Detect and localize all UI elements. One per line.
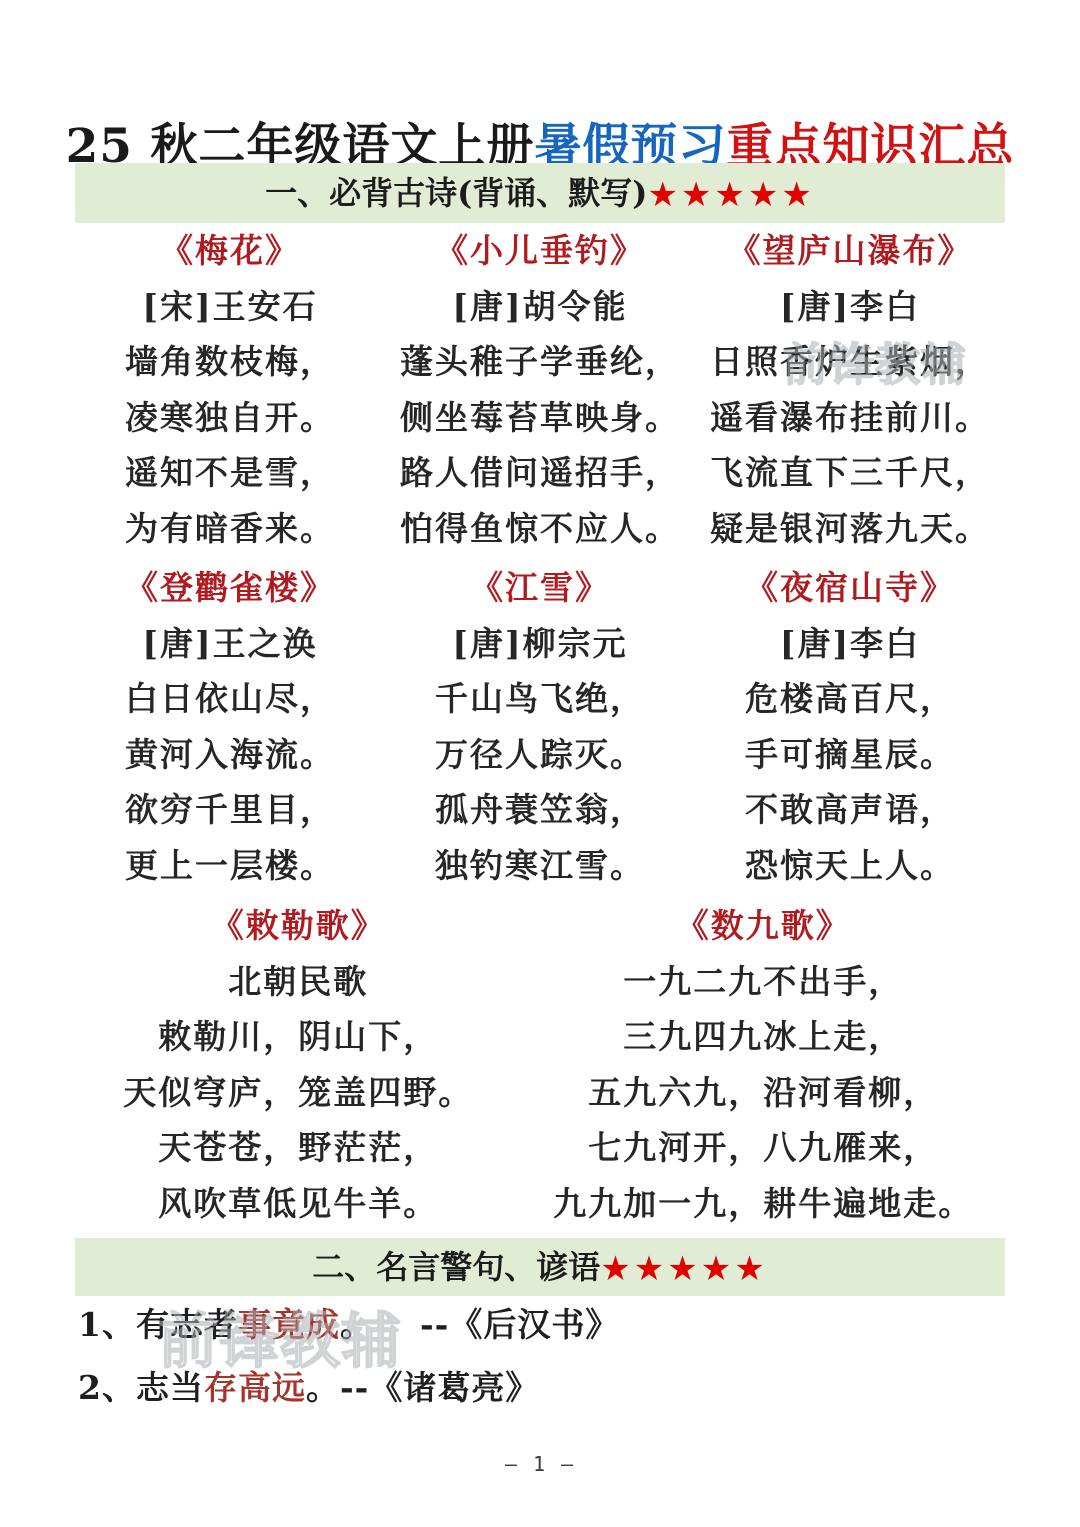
poem-line: 侧坐莓苔草映身。 (385, 390, 695, 446)
saying-number: 1、 (78, 1305, 136, 1344)
saying-text-black: 。 (306, 1368, 340, 1407)
poem-grid-row2: 《登鹳雀楼》 [唐]王之涣 白日依山尽， 黄河入海流。 欲穷千里目， 更上一层楼… (75, 560, 1005, 893)
poem-title: 《江雪》 (385, 560, 695, 616)
poem-author: [唐]李白 (695, 616, 1005, 672)
poem-author: [宋]王安石 (75, 279, 385, 335)
poem-author: [唐]胡令能 (385, 279, 695, 335)
poem-line: 万径人踪灭。 (385, 727, 695, 783)
saying-number: 2、 (78, 1368, 136, 1407)
poem-author: [唐]王之涣 (75, 616, 385, 672)
poem-line: 敕勒川，阴山下， (75, 1009, 521, 1065)
saying-item-2: 2、志当存高远。--《诸葛亮》 (78, 1360, 539, 1416)
poem-line: 欲穷千里目， (75, 782, 385, 838)
poem-line: 疑是银河落九天。 (695, 501, 1005, 557)
saying-source: --《后汉书》 (420, 1305, 619, 1344)
poem-line: 墙角数枝梅， (75, 334, 385, 390)
saying-item-1: 1、有志者事竟成。--《后汉书》 (78, 1297, 619, 1353)
poem-dengguanquelou: 《登鹳雀楼》 [唐]王之涣 白日依山尽， 黄河入海流。 欲穷千里目， 更上一层楼… (75, 560, 385, 893)
section2-heading-banner: 二、名言警句、谚语★★★★★ (75, 1238, 1005, 1296)
poem-line: 一九二九不出手， (521, 954, 1005, 1010)
saying-text-black: 志当 (136, 1368, 204, 1407)
poem-line: 遥知不是雪， (75, 445, 385, 501)
poem-line: 黄河入海流。 (75, 727, 385, 783)
saying-text-black: 。 (340, 1305, 374, 1344)
poem-line: 危楼高百尺， (695, 671, 1005, 727)
poem-line: 遥看瀑布挂前川。 (695, 390, 1005, 446)
poem-line: 三九四九冰上走， (521, 1009, 1005, 1065)
poem-line: 不敢高声语， (695, 782, 1005, 838)
page-number: — 1 — (0, 1452, 1080, 1480)
poem-line: 路人借问遥招手， (385, 445, 695, 501)
poem-author: [唐]柳宗元 (385, 616, 695, 672)
poem-title: 《敕勒歌》 (75, 898, 521, 954)
saying-source: --《诸葛亮》 (340, 1368, 539, 1407)
poem-line: 日照香炉生紫烟， (695, 334, 1005, 390)
poem-line: 怕得鱼惊不应人。 (385, 501, 695, 557)
poem-line: 为有暗香来。 (75, 501, 385, 557)
saying-text-red: 存高远 (204, 1368, 306, 1407)
poem-line: 千山鸟飞绝， (385, 671, 695, 727)
poem-line: 凌寒独自开。 (75, 390, 385, 446)
poem-line: 独钓寒江雪。 (385, 838, 695, 894)
poem-title: 《小儿垂钓》 (385, 223, 695, 279)
poem-author: 北朝民歌 (75, 954, 521, 1010)
poem-title: 《数九歌》 (521, 898, 1005, 954)
poem-wanglushanpubu: 《望庐山瀑布》 [唐]李白 日照香炉生紫烟， 遥看瀑布挂前川。 飞流直下三千尺，… (695, 223, 1005, 556)
poem-author: [唐]李白 (695, 279, 1005, 335)
poem-line: 天似穹庐，笼盖四野。 (75, 1065, 521, 1121)
poem-line: 孤舟蓑笠翁， (385, 782, 695, 838)
poem-line: 天苍苍，野茫茫， (75, 1120, 521, 1176)
saying-text-red: 事竟成 (238, 1305, 340, 1344)
poem-line: 风吹草低见牛羊。 (75, 1176, 521, 1232)
poem-yesushansi: 《夜宿山寺》 [唐]李白 危楼高百尺， 手可摘星辰。 不敢高声语， 恐惊天上人。 (695, 560, 1005, 893)
poem-grid-row3: 《敕勒歌》 北朝民歌 敕勒川，阴山下， 天似穹庐，笼盖四野。 天苍苍，野茫茫， … (75, 898, 1005, 1231)
poem-line: 恐惊天上人。 (695, 838, 1005, 894)
poem-line: 飞流直下三千尺， (695, 445, 1005, 501)
poem-line: 五九六九，沿河看柳， (521, 1065, 1005, 1121)
poem-line: 九九加一九，耕牛遍地走。 (521, 1176, 1005, 1232)
poem-chilege: 《敕勒歌》 北朝民歌 敕勒川，阴山下， 天似穹庐，笼盖四野。 天苍苍，野茫茫， … (75, 898, 521, 1231)
section1-heading: 一、必背古诗(背诵、默写) (265, 174, 647, 212)
poem-jiangxue: 《江雪》 [唐]柳宗元 千山鸟飞绝， 万径人踪灭。 孤舟蓑笠翁， 独钓寒江雪。 (385, 560, 695, 893)
section2-rating-stars: ★★★★★ (600, 1249, 767, 1289)
poem-shujiuge: 《数九歌》 一九二九不出手， 三九四九冰上走， 五九六九，沿河看柳， 七九河开，… (521, 898, 1005, 1231)
poem-line: 七九河开，八九雁来， (521, 1120, 1005, 1176)
poem-title: 《夜宿山寺》 (695, 560, 1005, 616)
section1-heading-banner: 一、必背古诗(背诵、默写)★★★★★ (75, 163, 1005, 223)
saying-text-black: 有志者 (136, 1305, 238, 1344)
section2-heading: 二、名言警句、谚语 (312, 1248, 600, 1286)
poem-line: 更上一层楼。 (75, 838, 385, 894)
poem-line: 白日依山尽， (75, 671, 385, 727)
poem-meihua: 《梅花》 [宋]王安石 墙角数枝梅， 凌寒独自开。 遥知不是雪， 为有暗香来。 (75, 223, 385, 556)
poem-line: 手可摘星辰。 (695, 727, 1005, 783)
poem-xiaoerchuidiao: 《小儿垂钓》 [唐]胡令能 蓬头稚子学垂纶， 侧坐莓苔草映身。 路人借问遥招手，… (385, 223, 695, 556)
poem-title: 《梅花》 (75, 223, 385, 279)
poem-grid-row1: 《梅花》 [宋]王安石 墙角数枝梅， 凌寒独自开。 遥知不是雪， 为有暗香来。 … (75, 223, 1005, 556)
worksheet-page: 25 秋二年级语文上册暑假预习重点知识汇总 一、必背古诗(背诵、默写)★★★★★… (0, 0, 1080, 1527)
poem-title: 《登鹳雀楼》 (75, 560, 385, 616)
poem-line: 蓬头稚子学垂纶， (385, 334, 695, 390)
section1-rating-stars: ★★★★★ (647, 175, 814, 215)
poem-title: 《望庐山瀑布》 (695, 223, 1005, 279)
